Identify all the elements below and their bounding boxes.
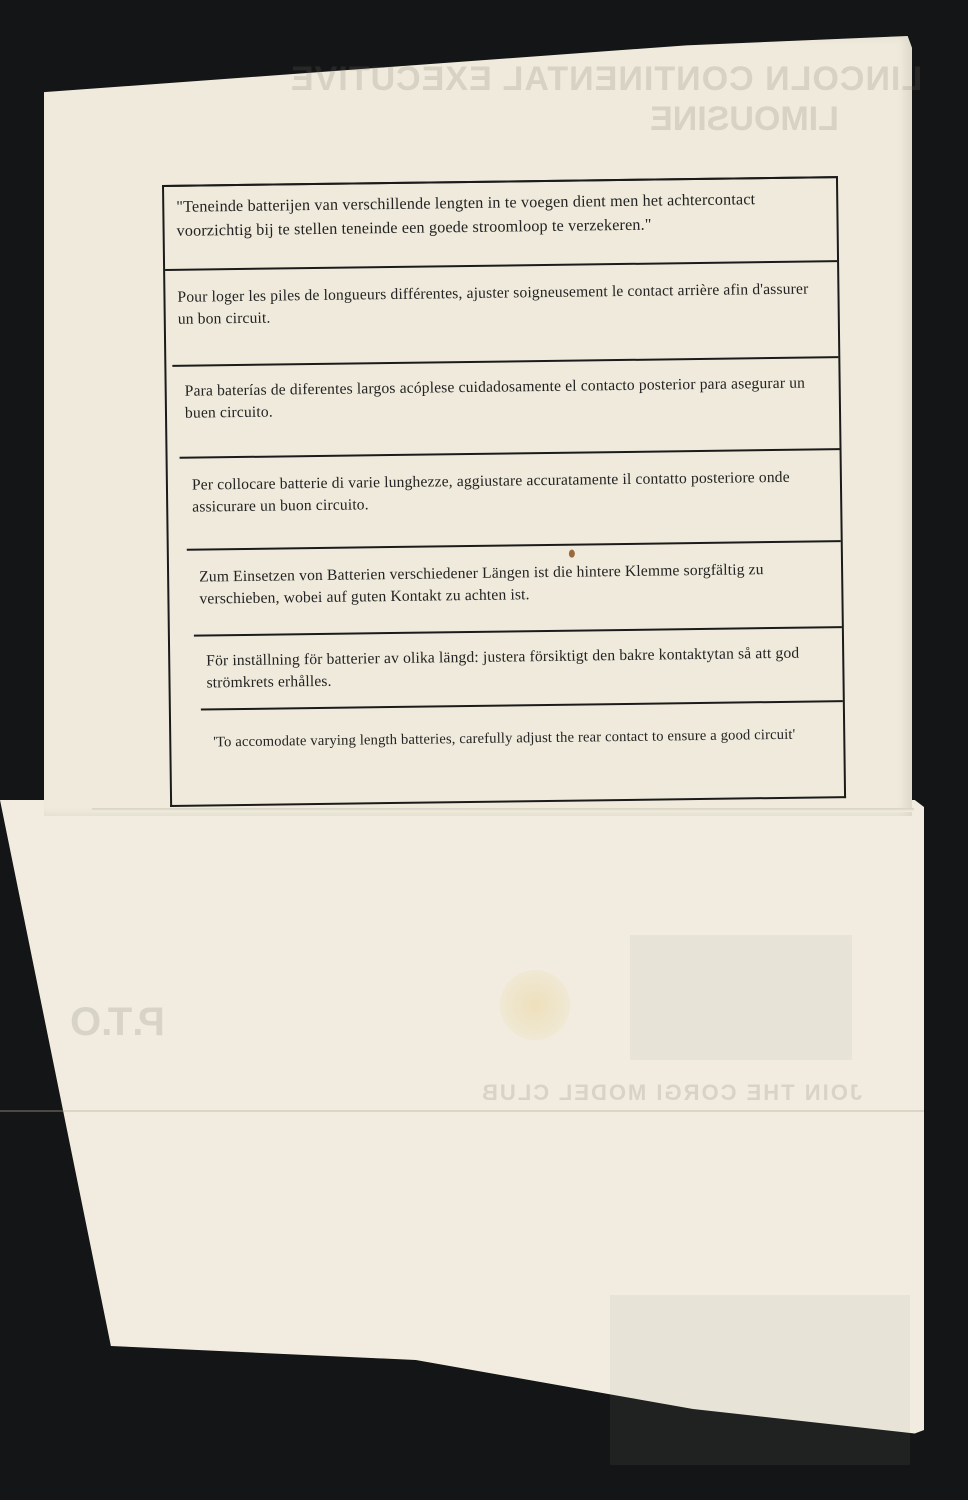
- ink-spot: [569, 550, 575, 558]
- instruction-italian: Per collocare batterie di varie lunghezz…: [180, 448, 841, 549]
- show-through-image-box: [610, 1295, 910, 1465]
- instruction-swedish: För inställning för batterier av olika l…: [194, 626, 843, 708]
- instruction-german: Zum Einsetzen von Batterien verschiedene…: [187, 540, 842, 635]
- instruction-box: "Teneinde batterijen van verschillende l…: [162, 176, 846, 807]
- instruction-french: Pour loger les piles de longueurs différ…: [165, 260, 838, 365]
- instruction-english: 'To accomodate varying length batteries,…: [201, 700, 844, 804]
- instruction-spanish: Para baterías de diferentes largos acópl…: [172, 356, 839, 457]
- instruction-dutch: "Teneinde batterijen van verschillende l…: [164, 176, 837, 269]
- paper-stain: [500, 970, 570, 1040]
- paper-crease: [0, 1110, 924, 1112]
- show-through-image-box: [630, 935, 852, 1060]
- fold-line: [92, 808, 914, 812]
